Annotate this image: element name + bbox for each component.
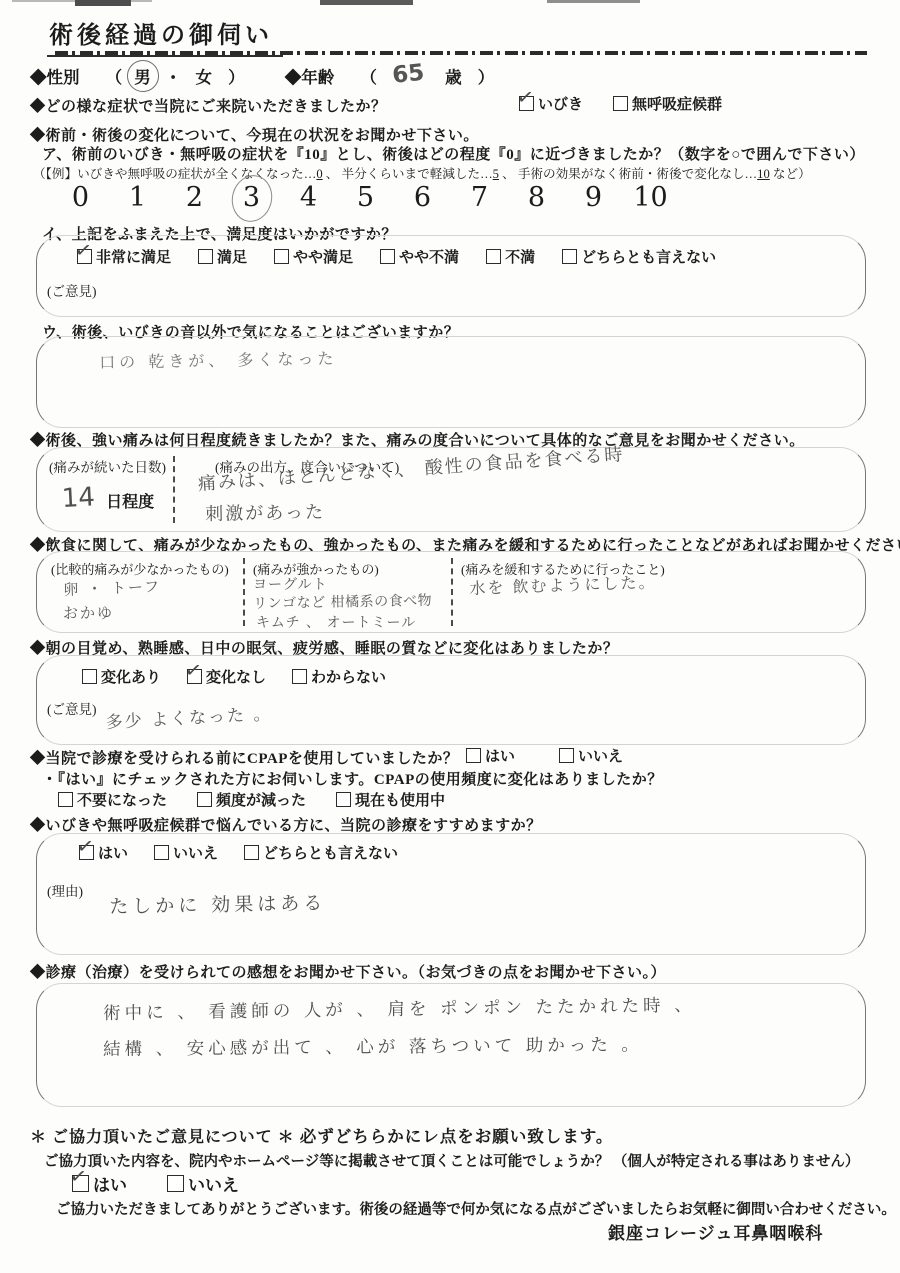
food-box: (比較的痛みが少なかったもの) (痛みが強かったもの) (痛みを緩和するために行… — [36, 551, 866, 633]
change-example-line: （【例】いびきや無呼吸の症状が全くなくなった…0 、 半分くらいまで軽減した…5… — [33, 163, 811, 182]
checkbox-option: 現在も使用中 — [336, 789, 445, 810]
checkbox-option: はい — [72, 1171, 127, 1196]
checkbox — [82, 669, 97, 684]
checkbox-label: いいえ — [173, 842, 218, 863]
pain-days-unit: 日程度 — [106, 494, 154, 511]
checkbox-label: 変化あり — [101, 666, 161, 687]
gender-option-female: 女 — [196, 64, 213, 88]
dashed-divider — [173, 456, 175, 523]
scale-number: 10 — [622, 182, 679, 213]
change-heading: ◆術前・術後の変化について、今現在の状況をお聞かせ下さい。 — [30, 124, 479, 145]
footer-publish-question: ご協力頂いた内容を、院内やホームページ等に掲載させて頂くことは可能でしょうか？ … — [44, 1150, 859, 1171]
checkbox-option: やや満足 — [274, 246, 353, 267]
checkbox — [559, 748, 574, 763]
scale-number: 3 — [223, 182, 280, 213]
checkbox-option: どちらとも言えない — [244, 842, 398, 863]
sleep-answer-handwritten: 多少 よくなった 。 — [105, 699, 273, 733]
checkbox-label: やや不満 — [399, 246, 459, 267]
recommend-options: はい いいえ どちらとも言えない — [79, 842, 398, 863]
pain-detail-line1-handwritten: 痛みは、ほとんどなく、 酸性の食品を食べる時 — [197, 440, 625, 496]
checkbox-option: はい — [466, 745, 515, 766]
scale-number: 4 — [280, 182, 337, 213]
cpap-q1-options: はい いいえ — [466, 745, 623, 766]
pain-days-value-handwritten: 14 — [61, 482, 96, 514]
checkbox — [380, 249, 395, 264]
checkbox-option: 不満 — [486, 246, 535, 267]
footer-thanks: ご協力いただきましてありがとうございます。術後の経過等で何か気になる点がございま… — [56, 1198, 896, 1219]
paren: （ — [360, 68, 377, 87]
example-seg: （【例】いびきや無呼吸の症状が全くなくなった… — [33, 167, 316, 181]
paren: ） — [478, 68, 495, 87]
checkbox — [486, 249, 501, 264]
scanned-questionnaire-page: 術後経過の御伺い ◆性別 （ 男 ・ 女 ） ◆年齢 （ 65 歳 ） ◆どの様… — [0, 0, 900, 1273]
example-ten: 10 — [757, 167, 770, 181]
footer-star-line: ＊ ご協力頂いたご意見について ＊ 必ずどちらかにレ点をお願い致します。 — [30, 1123, 613, 1147]
checkbox — [613, 96, 628, 111]
checkbox-label: いびき — [538, 93, 583, 114]
checkbox-label: 無呼吸症候群 — [632, 93, 722, 114]
checkbox-option: 頻度が減った — [197, 789, 306, 810]
clinic-name: 銀座コレージュ耳鼻咽喉科 — [608, 1219, 823, 1244]
checkbox — [244, 845, 259, 860]
scale-number: 8 — [508, 182, 565, 213]
footer-star-head: ＊ ご協力頂いたご意見について ＊ — [30, 1129, 300, 1146]
checkbox — [466, 748, 481, 763]
scale-number: 7 — [451, 182, 508, 213]
food-col1-label: (比較的痛みが少なかったもの) — [51, 559, 229, 578]
checkbox-label: どちらとも言えない — [263, 842, 398, 863]
checkbox — [292, 669, 307, 684]
scale-number: 2 — [166, 182, 223, 213]
checkbox-option-mukokyu: 無呼吸症候群 — [613, 93, 722, 114]
checkbox-option: いいえ — [154, 842, 218, 863]
checkbox — [336, 792, 351, 807]
checkbox — [167, 1175, 184, 1192]
checkbox-label: 現在も使用中 — [355, 789, 445, 810]
concern-answer-handwritten: 口の 乾きが、 多くなった — [99, 346, 338, 373]
dashed-divider — [451, 558, 453, 626]
pain-days-row: 14 日程度 — [61, 484, 154, 514]
scan-artifact — [75, 0, 131, 6]
age-unit: 歳 — [445, 68, 462, 87]
checkbox-label: 不要になった — [77, 789, 167, 810]
example-seg: 、 半分くらいまで軽減した… — [323, 167, 493, 181]
age-value-handwritten: 65 — [391, 60, 426, 89]
opinion-label: (ご意見) — [47, 698, 97, 718]
checkbox-option: やや不満 — [380, 246, 459, 267]
impression-line2-handwritten: 結構 、 安心感が出て 、 心が 落ちついて 助かった 。 — [103, 1031, 643, 1061]
checkbox-label: 変化なし — [206, 666, 266, 687]
food-col1-line1-handwritten: 卵 ・ トーフ — [63, 576, 161, 600]
checkbox-label: 満足 — [217, 246, 247, 267]
scan-artifact — [320, 0, 413, 5]
checkbox-label: はい — [98, 842, 128, 863]
checkbox — [154, 845, 169, 860]
checkbox-option: 不要になった — [58, 789, 167, 810]
checkbox — [77, 249, 92, 264]
recommend-box: はい いいえ どちらとも言えない (理由) たしかに 効果はある — [36, 833, 866, 955]
cpap-question1: ◆当院で診療を受けられる前にCPAPを使用していましたか？ — [30, 747, 458, 768]
checkbox-option-ibiki: いびき — [519, 93, 583, 114]
gender-option-male: 男 — [134, 64, 151, 88]
recommend-reason-handwritten: たしかに 効果はある — [109, 888, 326, 919]
sleep-box: 変化あり 変化なし わからない (ご意見) 多少 よくなった 。 — [36, 655, 866, 745]
pain-box: (痛みが続いた日数) 14 日程度 (痛みの出方、度合いについて) 痛みは、ほと… — [36, 447, 866, 532]
cpap-q2-options: 不要になった 頻度が減った 現在も使用中 — [58, 789, 445, 810]
satisfaction-options: 非常に満足 満足 やや満足 やや不満 不満 どちらとも言えない — [77, 246, 716, 267]
checkbox-option: 満足 — [198, 246, 247, 267]
checkbox-label: いいえ — [578, 745, 623, 766]
food-col2-line3-handwritten: キムチ 、 オートミール — [256, 612, 416, 632]
checkbox-option: どちらとも言えない — [562, 246, 716, 267]
checkbox-label: 不満 — [505, 246, 535, 267]
footer-publish-options: はい いいえ — [72, 1171, 239, 1196]
paren: （ — [106, 68, 123, 87]
reason-label: (理由) — [47, 880, 83, 900]
impression-heading: ◆診療（治療）を受けられての感想をお聞かせ下さい。（お気づきの点をお聞かせ下さい… — [30, 961, 666, 982]
scale-number: 6 — [394, 182, 451, 213]
checkbox-option: はい — [79, 842, 128, 863]
scale-number: 5 — [337, 182, 394, 213]
pain-days-label: (痛みが続いた日数) — [49, 456, 166, 476]
opinion-label: (ご意見) — [47, 280, 97, 300]
checkbox — [72, 1175, 89, 1192]
scan-artifact — [547, 0, 640, 3]
footer-star-bold: 必ずどちらかにレ点をお願い致します。 — [300, 1127, 614, 1146]
concern-box: 口の 乾きが、 多くなった — [36, 336, 866, 428]
profile-row: ◆性別 （ 男 ・ 女 ） ◆年齢 （ 65 歳 ） — [30, 63, 494, 89]
checkbox — [562, 249, 577, 264]
scale-number: 9 — [565, 182, 622, 213]
checkbox — [79, 845, 94, 860]
checkbox — [198, 249, 213, 264]
paren: ） — [228, 68, 245, 87]
impression-line1-handwritten: 術中に 、 看護師の 人が 、 肩を ポンポン たたかれた時 、 — [103, 992, 696, 1025]
checkbox-label: はい — [485, 745, 515, 766]
symptom-question: ◆どの様な症状で当院にご来院いただきましたか？ — [30, 95, 387, 116]
recommend-question: ◆いびきや無呼吸症候群で悩んでいる方に、当院の診療をすすめますか？ — [30, 814, 542, 835]
impression-box: 術中に 、 看護師の 人が 、 肩を ポンポン たたかれた時 、 結構 、 安心… — [36, 983, 866, 1107]
checkbox — [274, 249, 289, 264]
checkbox-label: やや満足 — [293, 246, 353, 267]
example-seg: など） — [770, 167, 811, 181]
age-label: ◆年齢 — [285, 68, 335, 87]
checkbox-option: いいえ — [167, 1171, 239, 1196]
rating-scale: 0 1 2 3 4 5 6 7 8 9 10 — [52, 182, 679, 213]
checkbox — [197, 792, 212, 807]
checkbox-label: わからない — [311, 666, 386, 687]
checkbox-label: はい — [93, 1171, 127, 1196]
scale-number: 1 — [109, 182, 166, 213]
dash-dot-rule — [55, 51, 867, 55]
checkbox — [58, 792, 73, 807]
pain-detail-line2-handwritten: 刺激があった — [205, 498, 325, 526]
food-col1-line2-handwritten: おかゆ — [63, 602, 114, 623]
checkbox-label: どちらとも言えない — [581, 246, 716, 267]
gender-separator: ・ — [165, 68, 182, 87]
change-question-a: ア、術前のいびき・無呼吸の症状を『10』とし、術後はどの程度『0』に近づきました… — [42, 143, 865, 164]
checkbox-option: いいえ — [559, 745, 623, 766]
checkbox-option: 変化あり — [82, 666, 161, 687]
example-seg: 、 手術の効果がなく術前・術後で変化なし… — [499, 167, 757, 181]
symptom-options: いびき 無呼吸症候群 — [519, 93, 722, 114]
satisfaction-box: 非常に満足 満足 やや満足 やや不満 不満 どちらとも言えない (ご意見) — [36, 235, 866, 317]
checkbox — [519, 96, 534, 111]
checkbox-label: いいえ — [188, 1171, 239, 1196]
checkbox-option: わからない — [292, 666, 386, 687]
checkbox — [187, 669, 202, 684]
checkbox-label: 非常に満足 — [96, 246, 171, 267]
checkbox-option: 非常に満足 — [77, 246, 171, 267]
gender-label: ◆性別 — [30, 68, 80, 87]
checkbox-option: 変化なし — [187, 666, 266, 687]
checkbox-label: 頻度が減った — [216, 789, 306, 810]
sleep-options: 変化あり 変化なし わからない — [82, 666, 386, 687]
cpap-question2: ・『はい』にチェックされた方にお伺いします。CPAPの使用頻度に変化はありました… — [42, 768, 663, 789]
scale-number: 0 — [52, 182, 109, 213]
food-col2-line2-handwritten: リンゴなど 柑橘系の食べ物 — [253, 590, 432, 613]
dashed-divider — [243, 558, 245, 626]
